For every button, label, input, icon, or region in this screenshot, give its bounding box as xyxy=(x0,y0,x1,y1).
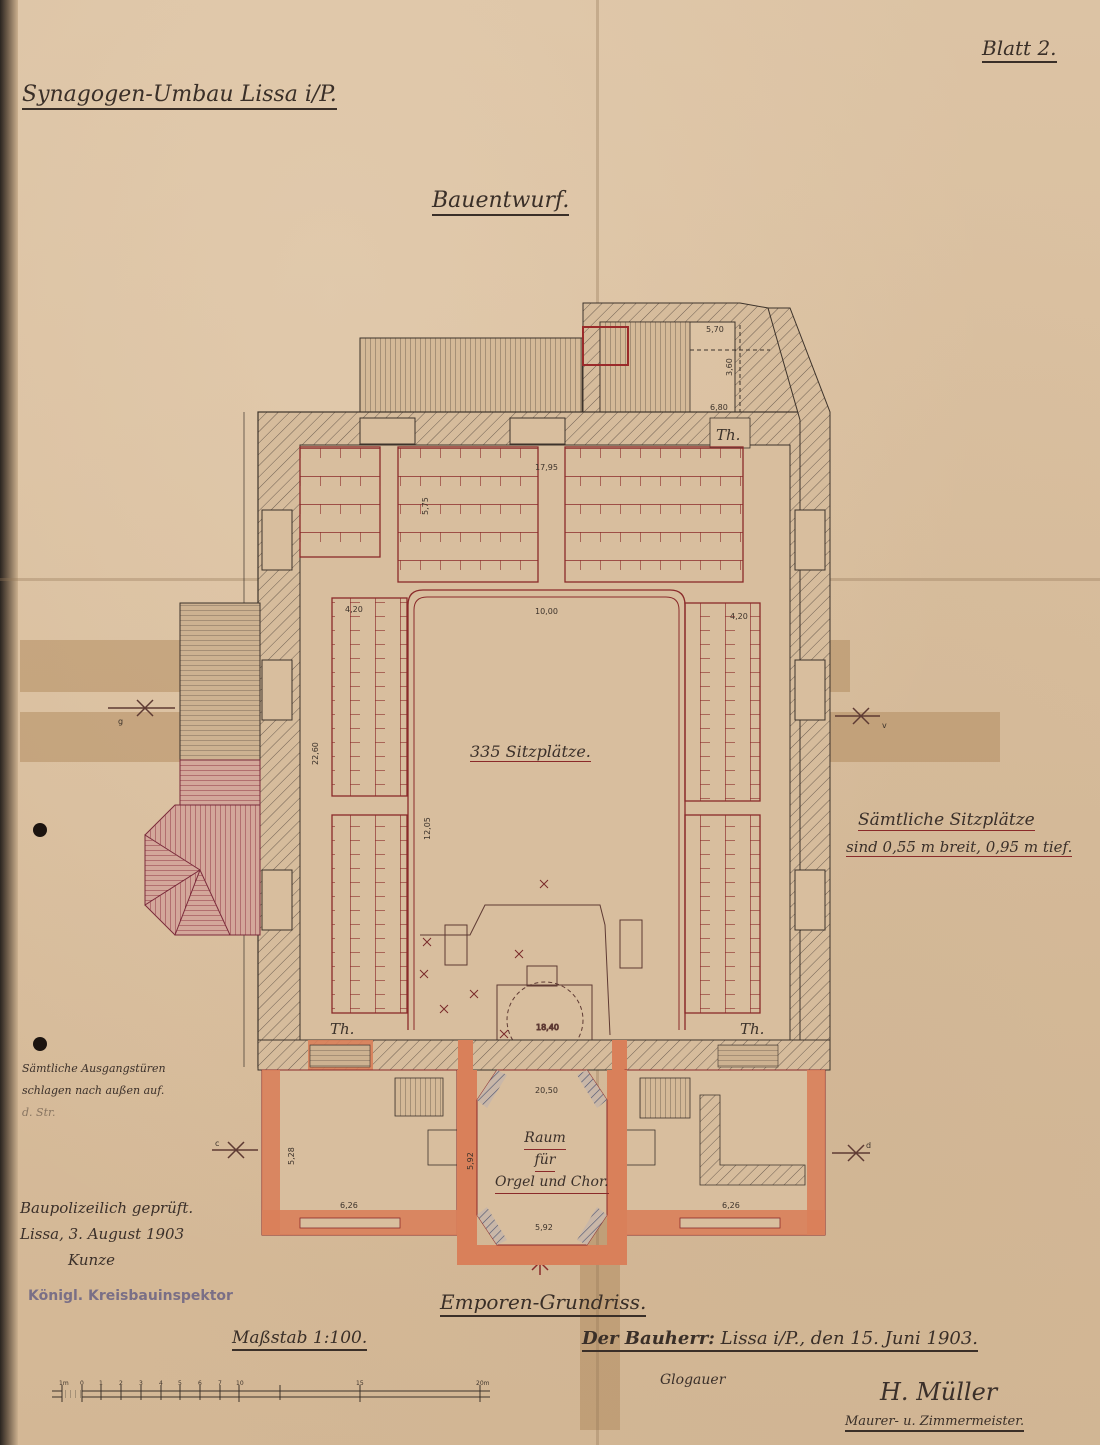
scale-bar xyxy=(0,0,1100,1445)
scale-tick: 10 xyxy=(236,1380,244,1387)
scale-tick: 1 xyxy=(99,1380,103,1387)
scale-tick: 0 xyxy=(80,1380,84,1387)
scale-tick: 4 xyxy=(159,1380,163,1387)
scale-tick: 7 xyxy=(218,1380,222,1387)
scale-tick: 20m xyxy=(476,1380,489,1387)
scale-tick: 3 xyxy=(139,1380,143,1387)
scale-tick: 2 xyxy=(119,1380,123,1387)
scale-tick: 6 xyxy=(198,1380,202,1387)
scale-tick: 5 xyxy=(178,1380,182,1387)
scale-tick: 1m xyxy=(59,1380,69,1387)
scale-tick: 15 xyxy=(356,1380,364,1387)
